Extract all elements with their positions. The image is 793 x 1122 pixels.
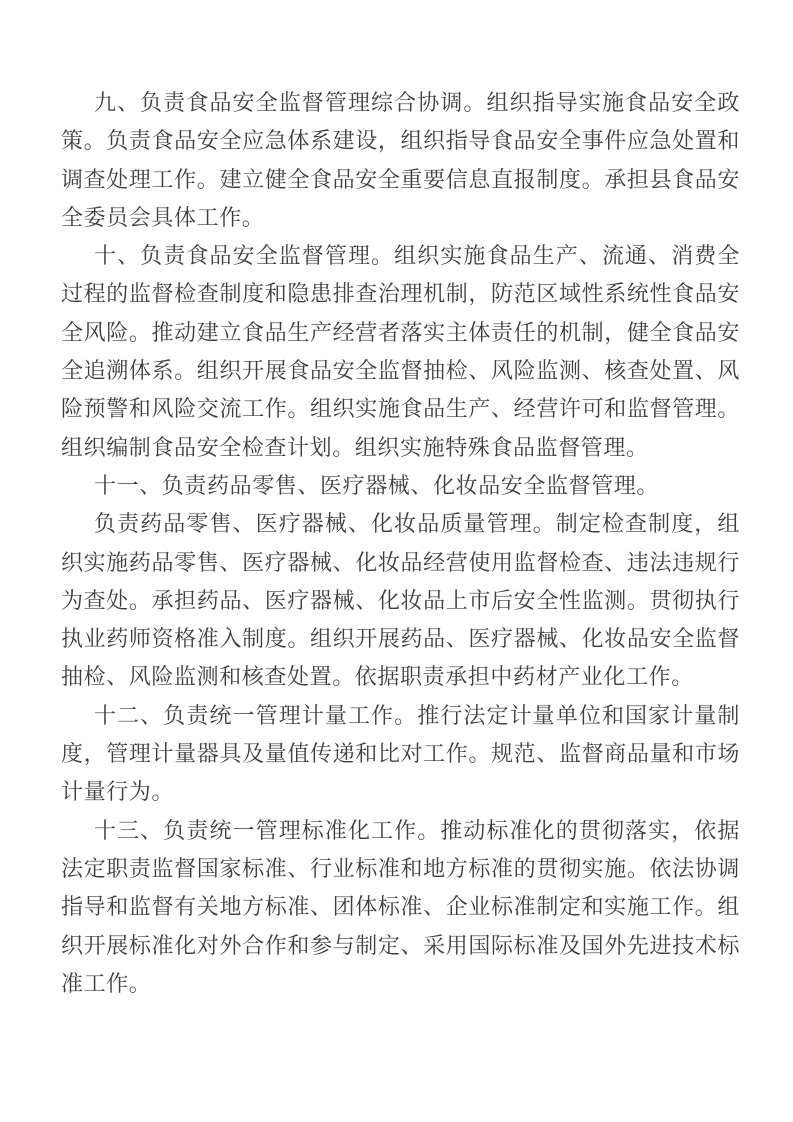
paragraph-item-9: 九、负责食品安全监督管理综合协调。组织指导实施食品安全政策。负责食品安全应急体系…	[61, 84, 740, 237]
paragraph-item-10: 十、负责食品安全监督管理。组织实施食品生产、流通、消费全过程的监督检查制度和隐患…	[61, 237, 740, 467]
paragraph-item-12: 十二、负责统一管理计量工作。推行法定计量单位和国家计量制度，管理计量器具及量值传…	[61, 697, 740, 812]
document-body: 九、负责食品安全监督管理综合协调。组织指导实施食品安全政策。负责食品安全应急体系…	[0, 0, 793, 1003]
paragraph-item-11: 十一、负责药品零售、医疗器械、化妆品安全监督管理。	[61, 467, 740, 505]
paragraph-item-13: 十三、负责统一管理标准化工作。推动标准化的贯彻落实，依据法定职责监督国家标准、行…	[61, 812, 740, 1003]
paragraph-item-11-detail: 负责药品零售、医疗器械、化妆品质量管理。制定检查制度，组织实施药品零售、医疗器械…	[61, 505, 740, 696]
document-page: 九、负责食品安全监督管理综合协调。组织指导实施食品安全政策。负责食品安全应急体系…	[0, 0, 793, 1122]
